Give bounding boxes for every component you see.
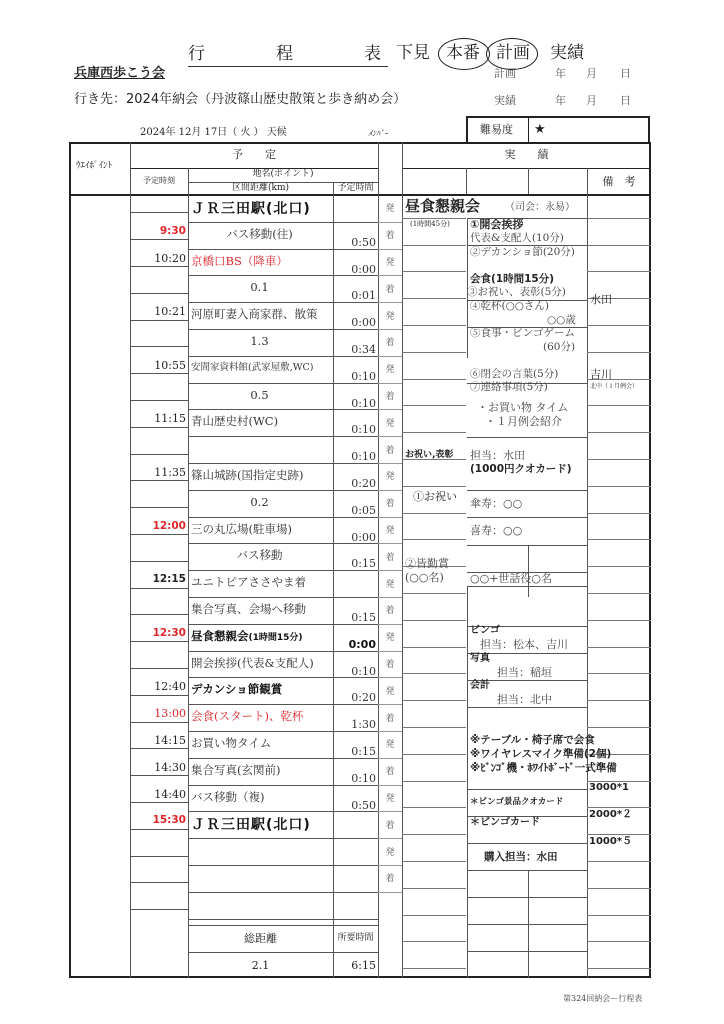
total-time-value: 6:15: [333, 960, 376, 971]
depart-marker: 発: [378, 634, 402, 643]
place-name: 三の丸広場(駐車場): [191, 524, 292, 536]
table-row: 0:10: [130, 436, 378, 463]
lunch-mc: （司会：永易）: [505, 203, 575, 213]
total-time-label: 所要時間: [333, 934, 378, 943]
destination: 行き先：2024年納会（丹波篠山歴史散策と歩き納め会）: [74, 93, 406, 106]
program-5: ⑤食事・ビンゴゲーム: [470, 328, 575, 339]
photo-in-charge: 担当：稲垣: [497, 667, 552, 678]
award: ②皆勤賞: [405, 558, 449, 569]
header-place: 地名(ポイント): [188, 170, 378, 179]
plan-day: 日: [620, 68, 631, 79]
program-3: ③お祝い、表彰(5分): [467, 287, 566, 298]
sanju: 傘寿：○○: [470, 498, 522, 509]
depart-marker: 発: [378, 849, 402, 858]
planned-duration: 0:00: [333, 264, 376, 275]
planned-duration: 0:00: [333, 639, 376, 650]
purchase-in-charge: 購入担当：水田: [484, 852, 558, 863]
mode-actual: 実績: [550, 45, 584, 62]
scheduled-time: 14:15: [130, 735, 186, 746]
depart-marker: 発: [378, 313, 402, 322]
arrive-marker: 着: [378, 286, 402, 295]
planned-duration: 0:15: [333, 558, 376, 569]
depart-marker: 発: [378, 473, 402, 482]
scheduled-time: 13:00: [130, 708, 186, 719]
lunch-title: 昼食懇親会: [405, 199, 480, 214]
plan-year: 年: [555, 68, 566, 79]
bingo-card-note: ＊ビンゴカード: [470, 818, 540, 828]
prize-2000: 2000*２: [589, 810, 632, 820]
total-distance-value: 2.1: [188, 960, 333, 971]
table-row: 12:40デカンショ節観賞0:20: [130, 677, 378, 704]
scheduled-time: 9:30: [130, 226, 186, 237]
table-row: 14:30集合写真(玄関前)0:10: [130, 758, 378, 785]
table-row: 15:30ＪＲ三田駅(北口): [130, 811, 378, 838]
place-name: 0.2: [188, 497, 331, 509]
place-name: 0.1: [188, 282, 331, 294]
circle-plan: [486, 38, 538, 70]
header-duration: 予定時間: [333, 184, 378, 193]
scheduled-time: 10:20: [130, 253, 186, 264]
shopping-note: ・お買い物 タイム: [477, 402, 568, 413]
table-row: [130, 865, 378, 892]
bingo-in-charge: 担当：松本、吉川: [480, 639, 568, 650]
actual-date-label: 実績: [494, 95, 516, 106]
table-row: 10:21河原町妻入商家群、散策0:00: [130, 302, 378, 329]
club-name: 兵庫西歩こう会: [74, 67, 165, 80]
planned-duration: 0:10: [333, 666, 376, 677]
program-2: ②デカンショ節(20分): [470, 247, 575, 258]
remark-yoshikawa: 吉川: [590, 369, 612, 380]
header-plan: 予 定: [130, 149, 378, 160]
planned-duration: 0:15: [333, 746, 376, 757]
place-name: バス移動(往): [188, 229, 331, 241]
place-name: 安間家資料館(武家屋敷,WC): [191, 363, 313, 373]
title-char-1: 行: [188, 46, 205, 63]
table-row: 12:15ユニトピアささやま着: [130, 570, 378, 597]
table-row: 開会挨拶(代表&支配人)0:10: [130, 651, 378, 678]
program-meal: 会食(1時間15分): [470, 274, 554, 285]
actual-year: 年: [555, 95, 566, 106]
plan-month: 月: [586, 68, 597, 79]
note-wireless-mic: ※ワイヤレスマイク準備(2個): [470, 749, 611, 760]
actual-month: 月: [586, 95, 597, 106]
table-row: 0.10:01: [130, 275, 378, 302]
table-row: 11:35篠山城跡(国指定史跡)0:20: [130, 463, 378, 490]
table-row: 14:15お買い物タイム0:15: [130, 731, 378, 758]
arrive-marker: 着: [378, 339, 402, 348]
table-row: 0.20:05: [130, 490, 378, 517]
place-name: 会食(スタート)、乾杯: [191, 711, 303, 723]
place-name: デカンショ節観賞: [191, 684, 282, 696]
program-7: ⑦連絡事項(5分): [470, 382, 548, 393]
table-row: 13:00会食(スタート)、乾杯1:30: [130, 704, 378, 731]
place-name: 0.5: [188, 390, 331, 402]
place-name: 昼食懇親会(1時間15分): [191, 631, 303, 643]
scheduled-time: 10:21: [130, 306, 186, 317]
total-distance-label: 総距離: [188, 933, 333, 944]
depart-marker: 発: [378, 527, 402, 536]
table-row: 12:00三の丸広場(駐車場)0:00: [130, 517, 378, 544]
arrive-marker: 着: [378, 393, 402, 402]
arrive-marker: 着: [378, 875, 402, 884]
planned-duration: 0:15: [333, 612, 376, 623]
table-row: 0.50:10: [130, 383, 378, 410]
header-scheduled-time: 予定時刻: [130, 177, 188, 185]
table-row: ＪＲ三田駅(北口): [130, 195, 378, 222]
note-table-seating: ※テーブル・椅子席で会食: [470, 735, 595, 746]
scheduled-time: 14:40: [130, 789, 186, 800]
table-row: 12:30昼食懇親会(1時間15分)0:00: [130, 624, 378, 651]
difficulty-box: 難易度 ★: [466, 116, 650, 142]
header-actual: 実 績: [402, 149, 651, 160]
program-1: ①開会挨拶: [470, 219, 523, 230]
arrive-marker: 着: [378, 500, 402, 509]
actual-day: 日: [620, 95, 631, 106]
table-row: [130, 838, 378, 865]
planned-duration: 0:10: [333, 773, 376, 784]
staff: ○○+世話役○名: [470, 573, 552, 584]
place-name: 集合写真、会場へ移動: [191, 604, 306, 616]
document-title: 行 程 表: [188, 44, 388, 67]
title-char-2: 程: [276, 46, 293, 63]
members-label: ﾒﾝﾊﾞｰ: [368, 130, 388, 138]
place-name: バス移動（複): [191, 792, 265, 804]
scheduled-time: 12:30: [130, 628, 186, 639]
planned-duration: 0:50: [333, 800, 376, 811]
lunch-duration: (1時間45分): [410, 221, 450, 228]
quo-card: (1000円クオカード): [470, 464, 572, 475]
accounting-in-charge: 担当：北中: [497, 694, 552, 705]
place-name: 河原町妻入商家群、散策: [191, 309, 318, 321]
photo-title: 写真: [470, 654, 490, 664]
remark-mizuta: 水田: [590, 294, 612, 305]
program-4-age: ○○歳: [547, 315, 576, 326]
place-name: 開会挨拶(代表&支配人): [191, 658, 314, 670]
depart-marker: 発: [378, 795, 402, 804]
arrive-marker: 着: [378, 554, 402, 563]
place-name: 1.3: [188, 336, 331, 348]
place-name: ユニトピアささやま着: [191, 577, 306, 589]
place-name: お買い物タイム: [191, 738, 271, 750]
depart-marker: 発: [378, 420, 402, 429]
planned-duration: 0:34: [333, 344, 376, 355]
circle-production: [438, 38, 490, 70]
place-name: 青山歴史村(WC): [191, 416, 278, 428]
planned-duration: 0:10: [333, 398, 376, 409]
place-name: 京橋口BS（降車）: [191, 256, 288, 268]
planned-duration: 0:10: [333, 371, 376, 382]
depart-marker: 発: [378, 366, 402, 375]
table-row: バス移動0:15: [130, 543, 378, 570]
header-waypoint: ｳｴｲﾎﾟｲﾝﾄ: [76, 162, 112, 171]
planned-duration: 0:00: [333, 317, 376, 328]
table-row: 10:55安間家資料館(武家屋敷,WC)0:10: [130, 356, 378, 383]
scheduled-time: 11:35: [130, 467, 186, 478]
planned-duration: 0:01: [333, 290, 376, 301]
arrive-marker: 着: [378, 768, 402, 777]
depart-marker: 発: [378, 688, 402, 697]
table-row: 9:30バス移動(往)0:50: [130, 222, 378, 249]
footer-label: 第324回納会ー行程表: [563, 995, 642, 1003]
scheduled-time: 12:15: [130, 574, 186, 585]
table-row: 14:40バス移動（複)0:50: [130, 785, 378, 812]
planned-duration: 0:10: [333, 451, 376, 462]
table-row: 11:15青山歴史村(WC)0:10: [130, 409, 378, 436]
program-5-duration: (60分): [543, 342, 575, 353]
place-name: 篠山城跡(国指定史跡): [191, 470, 303, 482]
header-distance: 区間距離(km): [188, 184, 333, 193]
planned-duration: 1:30: [333, 719, 376, 730]
place-name: ＪＲ三田駅(北口): [191, 202, 311, 216]
table-row: 10:20京橋口BS（降車）0:00: [130, 249, 378, 276]
table-row: 1.30:34: [130, 329, 378, 356]
header-remarks: 備 考: [587, 176, 651, 187]
bingo-title: ビンゴ: [470, 626, 500, 636]
scheduled-time: 11:15: [130, 413, 186, 424]
program-6: ⑥閉会の言葉(5分): [470, 369, 558, 380]
program-4: ④乾杯(○○さん): [470, 301, 549, 312]
planned-duration: 0:05: [333, 505, 376, 516]
arrive-marker: 着: [378, 822, 402, 831]
prize-1000: 1000*５: [589, 837, 632, 847]
plan-date-label: 計画: [494, 68, 516, 79]
table-row: [130, 892, 378, 919]
trip-date-weather: 2024年 12月 17日（ 火 ） 天候: [140, 128, 287, 138]
accounting-title: 会計: [470, 681, 490, 691]
depart-marker: 発: [378, 259, 402, 268]
scheduled-time: 10:55: [130, 360, 186, 371]
mode-preview: 下見: [396, 45, 430, 62]
arrive-marker: 着: [378, 715, 402, 724]
table-row: 集合写真、会場へ移動0:15: [130, 597, 378, 624]
title-char-3: 表: [364, 46, 381, 63]
remark-kitanaka: 北中（１月例会）: [590, 384, 638, 390]
place-name: バス移動: [188, 550, 331, 562]
arrive-marker: 着: [378, 661, 402, 670]
place-name: ＪＲ三田駅(北口): [191, 818, 311, 832]
depart-marker: 発: [378, 741, 402, 750]
scheduled-time: 14:30: [130, 762, 186, 773]
prize-3000: 3000*1: [589, 783, 629, 793]
celebration-label: お祝い,表彰: [405, 451, 453, 460]
arrive-marker: 着: [378, 232, 402, 241]
place-name: 集合写真(玄関前): [191, 765, 280, 777]
award-count: (○○名): [405, 572, 444, 583]
celebration-sub: ①お祝い: [413, 491, 457, 502]
arrive-marker: 着: [378, 447, 402, 456]
planned-duration: 0:10: [333, 424, 376, 435]
prize-card-note: ＊ビンゴ景品クオカード: [470, 798, 563, 807]
scheduled-time: 12:40: [130, 681, 186, 692]
in-charge-mizuta: 担当：水田: [470, 450, 525, 461]
kiju: 喜寿：○○: [470, 525, 522, 536]
difficulty-label: 難易度: [480, 124, 513, 135]
planned-duration: 0:20: [333, 692, 376, 703]
planned-duration: 0:00: [333, 532, 376, 543]
planned-duration: 0:50: [333, 237, 376, 248]
depart-marker: 発: [378, 581, 402, 590]
next-month-note: ・１月例会紹介: [485, 416, 562, 427]
arrive-marker: 着: [378, 607, 402, 616]
difficulty-star[interactable]: ★: [534, 123, 546, 136]
scheduled-time: 12:00: [130, 521, 186, 532]
planned-duration: 0:20: [333, 478, 376, 489]
depart-marker: 発: [378, 205, 402, 214]
scheduled-time: 15:30: [130, 815, 186, 826]
note-bingo-machine: ※ﾋﾞﾝｺﾞ機・ﾎﾜｲﾄﾎﾞｰﾄﾞ一式準備: [470, 763, 617, 774]
program-1-detail: 代表&支配人(10分): [470, 233, 564, 244]
